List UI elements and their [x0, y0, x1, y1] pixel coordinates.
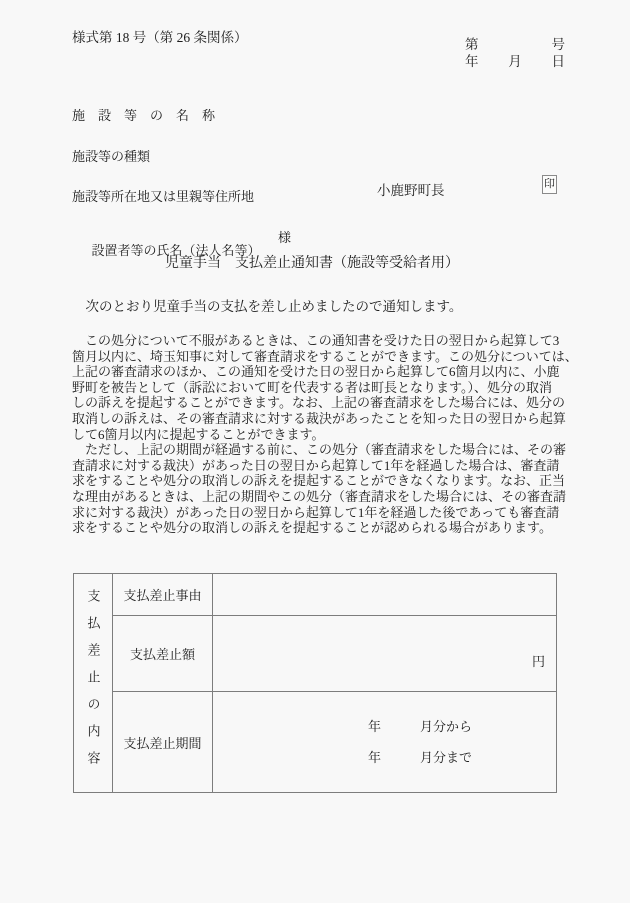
seal-mark-icon: 印: [542, 175, 557, 194]
document-page: 様式第 18 号（第 26 条関係） 第 号 年 月 日 施 設 等 の 名 称…: [0, 0, 630, 903]
facility-address-label: 施設等所在地又は里親等住所地: [72, 190, 261, 204]
period-to: 年 月分まで: [368, 751, 556, 765]
row-value-suspension-reason: [213, 574, 556, 616]
suspension-detail-table: 支払差止の内容 支払差止事由 支払差止額 円 支払差止期間 年 月分から 年 月…: [73, 573, 557, 793]
document-number-line: 第 号: [465, 36, 565, 53]
document-title: 児童手当 支払差止通知書（施設等受給者用）: [0, 252, 624, 272]
addressee-block: 施 設 等 の 名 称 施設等の種類 施設等所在地又は里親等住所地 設置者等の氏…: [72, 82, 261, 312]
honorific-sama: 様: [278, 231, 291, 245]
facility-type-label: 施設等の種類: [72, 150, 261, 164]
date-line: 年 月 日: [465, 53, 565, 70]
row-label-suspension-reason: 支払差止事由: [113, 574, 213, 616]
row-value-suspension-period: 年 月分から 年 月分まで: [213, 692, 556, 792]
intro-sentence: 次のとおり児童手当の支払を差し止めましたので通知します。: [72, 295, 462, 315]
appeal-notice-paragraph-1: この処分について不服があるときは、この通知書を受けた日の翌日から起算して3 箇月…: [72, 333, 592, 442]
doc-number-prefix: 第: [465, 36, 479, 53]
document-number-block: 第 号 年 月 日: [465, 36, 565, 70]
form-number: 様式第 18 号（第 26 条関係）: [72, 26, 248, 46]
appeal-notice-paragraph-2: ただし、上記の期間が経過する前に、この処分（審査請求をした場合には、その審 査請…: [72, 442, 592, 536]
row-label-suspension-amount: 支払差止額: [113, 616, 213, 692]
date-year-label: 年: [465, 53, 479, 70]
issuer-name: 小鹿野町長: [377, 179, 445, 199]
date-day-label: 日: [552, 53, 566, 70]
doc-number-suffix: 号: [552, 36, 566, 53]
row-value-suspension-amount: 円: [213, 616, 556, 692]
period-from: 年 月分から: [368, 720, 556, 734]
appeal-notice-block: この処分について不服があるときは、この通知書を受けた日の翌日から起算して3 箇月…: [72, 333, 592, 536]
date-month-label: 月: [508, 53, 522, 70]
row-label-suspension-period: 支払差止期間: [113, 692, 213, 792]
table-section-header-cell: 支払差止の内容: [74, 574, 113, 792]
facility-name-label: 施 設 等 の 名 称: [72, 109, 261, 123]
amount-unit-yen: 円: [532, 651, 545, 670]
table-section-label: 支払差止の内容: [84, 589, 103, 778]
